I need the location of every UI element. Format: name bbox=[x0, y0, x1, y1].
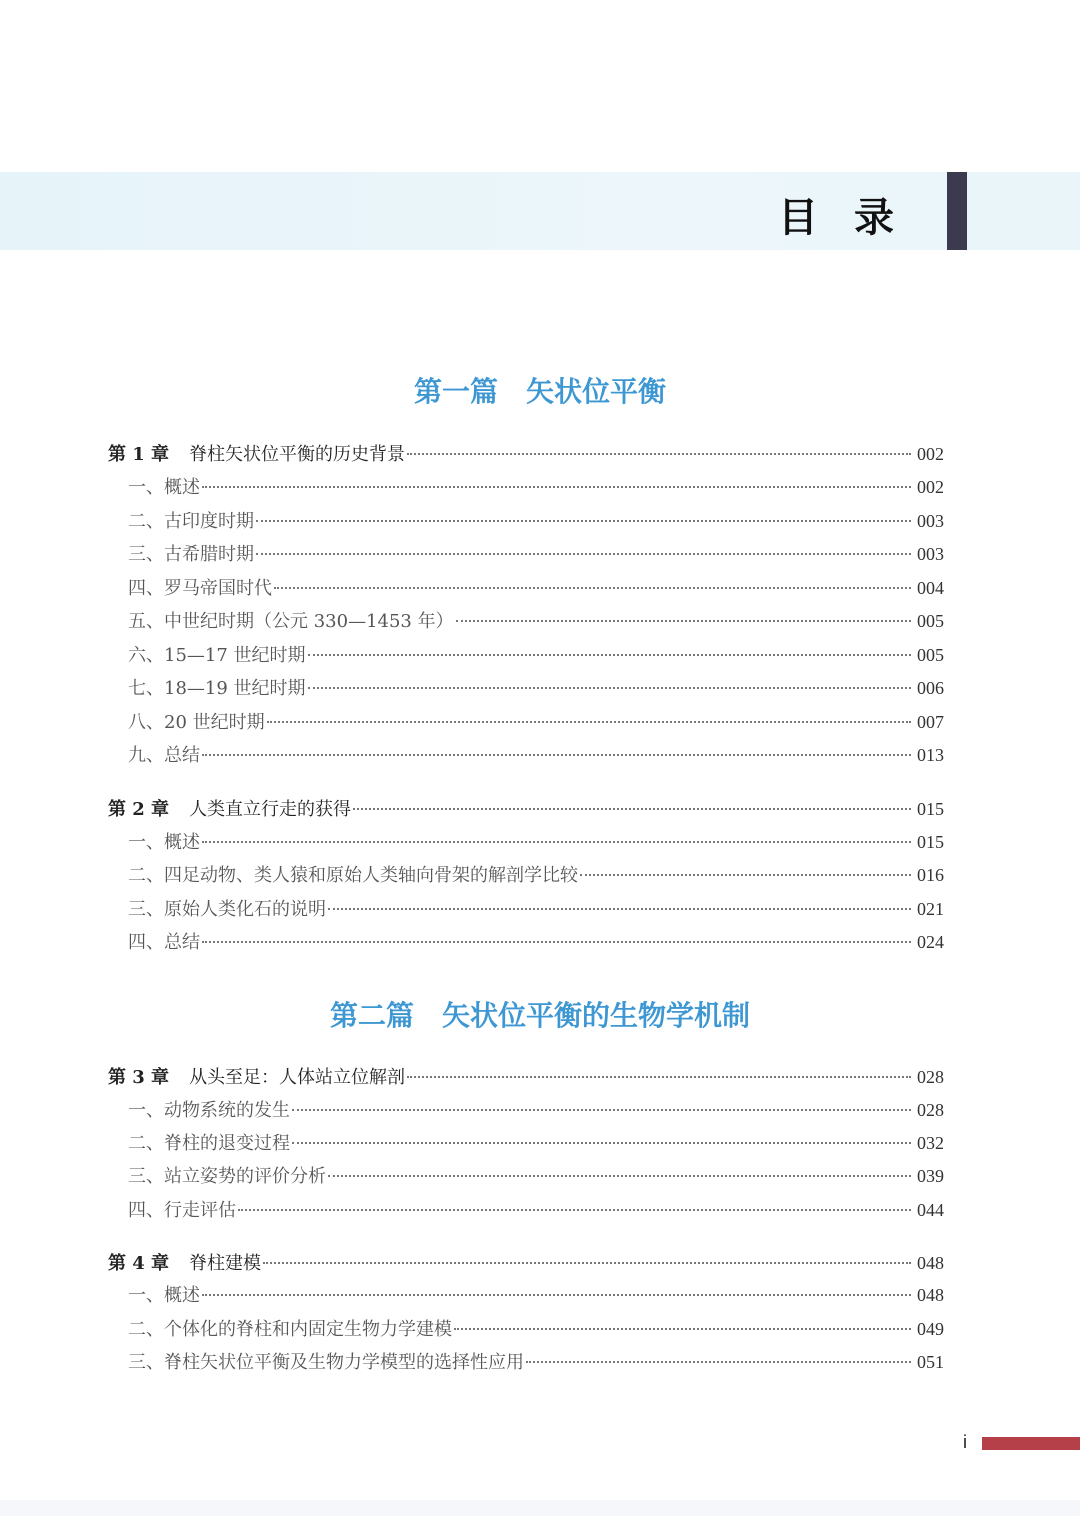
section-label: 八、20 世纪时期 bbox=[128, 708, 265, 734]
part-title-1: 第一篇 矢状位平衡 bbox=[0, 370, 1080, 410]
part-title-2: 第二篇 矢状位平衡的生物学机制 bbox=[0, 994, 1080, 1034]
dot-leader bbox=[238, 1208, 911, 1211]
section-label: 五、中世纪时期（公元 330—1453 年） bbox=[128, 607, 454, 633]
toc-section[interactable]: 一、概述002 bbox=[128, 473, 944, 503]
page-number: 006 bbox=[917, 678, 944, 699]
toc-section[interactable]: 三、站立姿势的评价分析039 bbox=[128, 1162, 944, 1192]
section-label: 三、原始人类化石的说明 bbox=[128, 895, 326, 921]
dot-leader bbox=[407, 1075, 911, 1078]
section-label: 一、动物系统的发生 bbox=[128, 1096, 290, 1122]
chapter-number: 第 3 章 bbox=[108, 1063, 169, 1089]
dot-leader bbox=[267, 720, 911, 723]
page-number: 003 bbox=[917, 544, 944, 565]
page-number: 039 bbox=[917, 1166, 944, 1187]
page-number: 051 bbox=[917, 1352, 944, 1373]
page-number: 015 bbox=[917, 799, 944, 820]
chapter-number: 第 1 章 bbox=[108, 440, 169, 466]
dot-leader bbox=[256, 552, 911, 555]
section-label: 四、罗马帝国时代 bbox=[128, 574, 272, 600]
section-label: 三、站立姿势的评价分析 bbox=[128, 1162, 326, 1188]
toc-section[interactable]: 二、个体化的脊柱和内固定生物力学建模049 bbox=[128, 1315, 944, 1345]
chapter-title: 脊柱矢状位平衡的历史背景 bbox=[189, 440, 405, 466]
dot-leader bbox=[202, 753, 911, 756]
toc-chapter-1[interactable]: 第 1 章 脊柱矢状位平衡的历史背景 002 bbox=[108, 440, 944, 470]
dot-leader bbox=[308, 686, 911, 689]
toc-chapter-3[interactable]: 第 3 章 从头至足：人体站立位解剖 028 bbox=[108, 1063, 944, 1093]
dot-leader bbox=[256, 519, 911, 522]
toc-section[interactable]: 二、四足动物、类人猿和原始人类轴向骨架的解剖学比较016 bbox=[128, 861, 944, 891]
dot-leader bbox=[202, 485, 911, 488]
chapter-title: 从头至足：人体站立位解剖 bbox=[189, 1063, 405, 1089]
page-number: 021 bbox=[917, 899, 944, 920]
section-label: 二、古印度时期 bbox=[128, 507, 254, 533]
section-label: 一、概述 bbox=[128, 473, 200, 499]
section-label: 二、四足动物、类人猿和原始人类轴向骨架的解剖学比较 bbox=[128, 861, 578, 887]
toc-section[interactable]: 九、总结013 bbox=[128, 741, 944, 771]
dot-leader bbox=[274, 586, 911, 589]
section-label: 九、总结 bbox=[128, 741, 200, 767]
section-label: 四、总结 bbox=[128, 928, 200, 954]
page-number: 002 bbox=[917, 444, 944, 465]
page-number: 007 bbox=[917, 712, 944, 733]
toc-section[interactable]: 四、罗马帝国时代004 bbox=[128, 574, 944, 604]
page-number: 028 bbox=[917, 1067, 944, 1088]
page-number: 032 bbox=[917, 1133, 944, 1154]
dot-leader bbox=[526, 1360, 911, 1363]
page-number: 049 bbox=[917, 1319, 944, 1340]
page-number: 003 bbox=[917, 511, 944, 532]
dot-leader bbox=[292, 1141, 911, 1144]
page-number: 044 bbox=[917, 1200, 944, 1221]
toc-section[interactable]: 三、古希腊时期003 bbox=[128, 540, 944, 570]
dot-leader bbox=[308, 653, 911, 656]
page-number: 015 bbox=[917, 832, 944, 853]
chapter-title: 人类直立行走的获得 bbox=[189, 795, 351, 821]
dot-leader bbox=[328, 1174, 911, 1177]
section-label: 一、概述 bbox=[128, 828, 200, 854]
section-label: 三、脊柱矢状位平衡及生物力学模型的选择性应用 bbox=[128, 1348, 524, 1374]
toc-section[interactable]: 一、动物系统的发生028 bbox=[128, 1096, 944, 1126]
dot-leader bbox=[292, 1108, 911, 1111]
toc-section[interactable]: 二、脊柱的退变过程032 bbox=[128, 1129, 944, 1159]
page-title: 目录 bbox=[778, 186, 930, 243]
page-number: 013 bbox=[917, 745, 944, 766]
page-number: 005 bbox=[917, 611, 944, 632]
page-number: 005 bbox=[917, 645, 944, 666]
dot-leader bbox=[407, 452, 911, 455]
section-label: 六、15—17 世纪时期 bbox=[128, 641, 306, 667]
section-label: 七、18—19 世纪时期 bbox=[128, 674, 306, 700]
section-label: 二、脊柱的退变过程 bbox=[128, 1129, 290, 1155]
toc-section[interactable]: 五、中世纪时期（公元 330—1453 年）005 bbox=[128, 607, 944, 637]
header-accent-bar bbox=[947, 172, 967, 250]
dot-leader bbox=[263, 1261, 911, 1264]
page-number: 002 bbox=[917, 477, 944, 498]
page-bottom-edge bbox=[0, 1500, 1080, 1516]
toc-section[interactable]: 一、概述048 bbox=[128, 1281, 944, 1311]
toc-section[interactable]: 四、总结024 bbox=[128, 928, 944, 958]
page-number: 028 bbox=[917, 1100, 944, 1121]
dot-leader bbox=[454, 1327, 911, 1330]
toc-section[interactable]: 三、脊柱矢状位平衡及生物力学模型的选择性应用051 bbox=[128, 1348, 944, 1378]
toc-section[interactable]: 八、20 世纪时期007 bbox=[128, 708, 944, 738]
dot-leader bbox=[202, 1293, 911, 1296]
toc-section[interactable]: 三、原始人类化石的说明021 bbox=[128, 895, 944, 925]
toc-chapter-4[interactable]: 第 4 章 脊柱建模 048 bbox=[108, 1249, 944, 1279]
dot-leader bbox=[353, 807, 911, 810]
chapter-number: 第 2 章 bbox=[108, 795, 169, 821]
section-label: 一、概述 bbox=[128, 1281, 200, 1307]
section-label: 三、古希腊时期 bbox=[128, 540, 254, 566]
section-label: 四、行走评估 bbox=[128, 1196, 236, 1222]
section-label: 二、个体化的脊柱和内固定生物力学建模 bbox=[128, 1315, 452, 1341]
page-number: 048 bbox=[917, 1253, 944, 1274]
toc-section[interactable]: 六、15—17 世纪时期005 bbox=[128, 641, 944, 671]
dot-leader bbox=[456, 619, 911, 622]
folio-accent-bar bbox=[982, 1437, 1080, 1450]
dot-leader bbox=[202, 940, 911, 943]
dot-leader bbox=[580, 873, 911, 876]
chapter-title: 脊柱建模 bbox=[189, 1249, 261, 1275]
chapter-number: 第 4 章 bbox=[108, 1249, 169, 1275]
page-folio: i bbox=[963, 1432, 967, 1453]
dot-leader bbox=[202, 840, 911, 843]
toc-section[interactable]: 四、行走评估044 bbox=[128, 1196, 944, 1226]
page-number: 024 bbox=[917, 932, 944, 953]
page-number: 016 bbox=[917, 865, 944, 886]
toc-section[interactable]: 二、古印度时期003 bbox=[128, 507, 944, 537]
page-number: 004 bbox=[917, 578, 944, 599]
toc-section[interactable]: 一、概述015 bbox=[128, 828, 944, 858]
toc-chapter-2[interactable]: 第 2 章 人类直立行走的获得 015 bbox=[108, 795, 944, 825]
page-number: 048 bbox=[917, 1285, 944, 1306]
dot-leader bbox=[328, 907, 911, 910]
toc-section[interactable]: 七、18—19 世纪时期006 bbox=[128, 674, 944, 704]
